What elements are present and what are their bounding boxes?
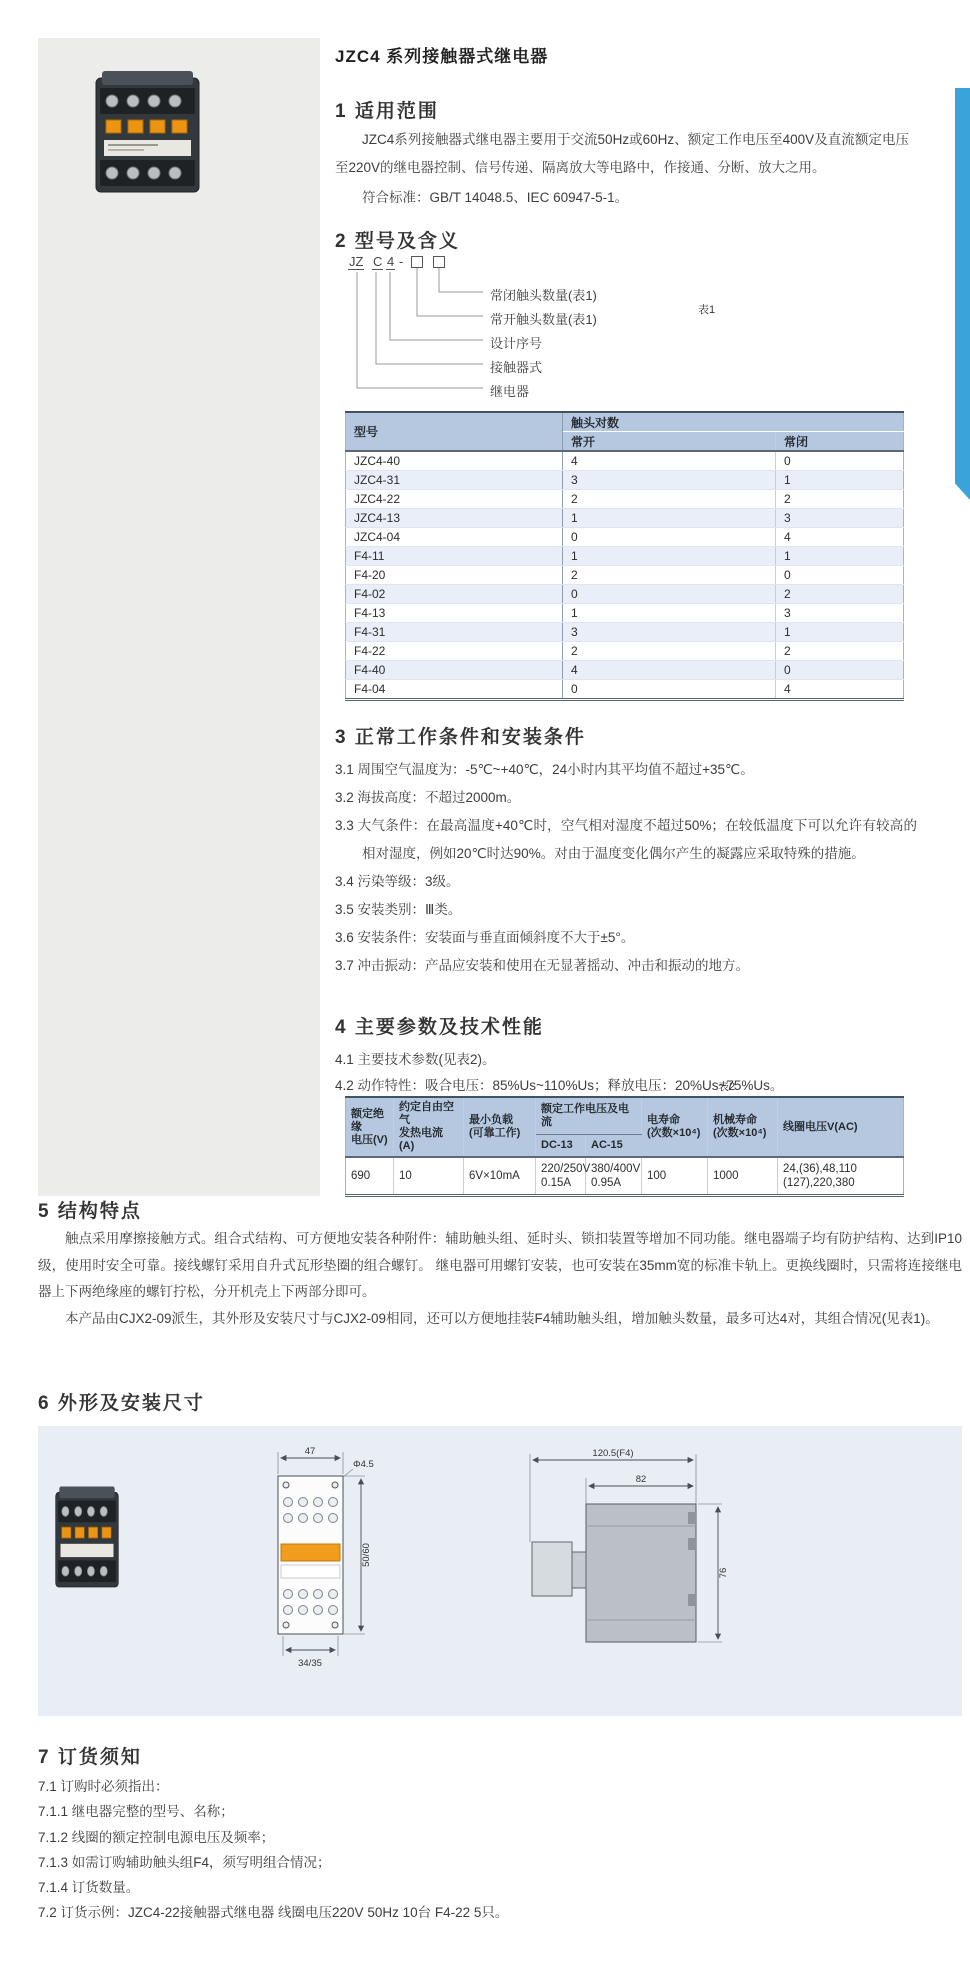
product-photo-small <box>52 1484 122 1592</box>
table-row: JZC4-0404 <box>346 528 904 547</box>
col-header-contact-pairs: 触头对数 <box>563 412 904 432</box>
dim-front-height: 50/60 <box>361 1543 372 1567</box>
table-row: F4-1313 <box>346 604 904 623</box>
table-row: JZC4-2222 <box>346 490 904 509</box>
th-rated-voltage-current: 额定工作电压及电流 <box>536 1097 642 1134</box>
th-ac15: AC-15 <box>586 1134 642 1157</box>
section-6-heading: 6 外形及安装尺寸 <box>38 1388 205 1415</box>
dim-side-total: 120.5(F4) <box>592 1448 633 1459</box>
section-1-paragraph: JZC4系列接触器式继电器主要用于交流50Hz或60Hz、额定工作电压至400V… <box>335 126 909 182</box>
ordering-item: 7.1.2 线圈的额定控制电源电压及频率； <box>38 1825 938 1850</box>
parameters-item: 4.1 主要技术参数(见表2)。 <box>335 1046 496 1074</box>
col-header-model: 型号 <box>346 412 563 451</box>
section-1-standards: 符合标准：GB/T 14048.5、IEC 60947-5-1。 <box>335 184 909 212</box>
table-row: F4-4040 <box>346 661 904 680</box>
section-7-heading: 7 订货须知 <box>38 1742 142 1769</box>
ordering-item: 7.1.3 如需订购辅助触头组F4，须写明组合情况； <box>38 1850 938 1875</box>
model-code-diagram: JZ C 4 - 常闭触头数量(表1) 常开触头数量(表1) 设计序号 接触器式… <box>335 252 765 404</box>
th-thermal-current: 约定自由空气发热电流(A) <box>394 1097 464 1157</box>
table-row: JZC4-3131 <box>346 471 904 490</box>
th-min-load: 最小负载(可靠工作) <box>464 1097 536 1157</box>
table-2-tag: 表2 <box>718 1078 735 1094</box>
condition-item: 3.7 冲击振动：产品应安装和使用在无显著摇动、冲击和振动的地方。 <box>335 952 917 980</box>
condition-item: 3.1 周围空气温度为：-5℃~+40℃，24小时内其平均值不超过+35℃。 <box>335 756 917 784</box>
th-coil-voltage: 线圈电压V(AC) <box>778 1097 904 1157</box>
val-coil-voltage: 24,(36),48,110(127),220,380 <box>778 1157 904 1196</box>
dim-side-body: 82 <box>636 1474 647 1485</box>
derivation-paragraph: 本产品由CJX2-09派生，其外形及安装尺寸与CJX2-09相同，还可以方便地挂… <box>38 1306 962 1333</box>
table-row: F4-0202 <box>346 585 904 604</box>
th-mechanical-life: 机械寿命(次数×10⁴) <box>708 1097 778 1157</box>
table-row: F4-3131 <box>346 623 904 642</box>
section-5-heading: 5 结构特点 <box>38 1196 142 1223</box>
ordering-item: 7.1.4 订货数量。 <box>38 1875 938 1900</box>
dim-hole-diameter: Φ4.5 <box>353 1459 374 1470</box>
val-thermal-current: 10 <box>394 1157 464 1196</box>
condition-item: 3.5 安装类别：Ⅲ类。 <box>335 896 917 924</box>
datasheet-page: JZC4 系列接触器式继电器 1 适用范围 JZC4系列接触器式继电器主要用于交… <box>0 0 970 1977</box>
contact-combinations-table: 型号 触头对数 常开 常闭 JZC4-4040 JZC4-3131 JZC4-2… <box>345 411 904 701</box>
model-label-relay: 继电器 <box>490 381 529 400</box>
th-electrical-life: 电寿命(次数×10⁴) <box>642 1097 708 1157</box>
th-insulation-voltage: 额定绝缘电压(V) <box>346 1097 394 1157</box>
col-header-normally-open: 常开 <box>563 432 776 452</box>
section-4-heading: 4 主要参数及技术性能 <box>335 1012 544 1039</box>
table-row: F4-2020 <box>346 566 904 585</box>
section-1-heading: 1 适用范围 <box>335 96 439 123</box>
decorative-ribbon <box>955 88 970 500</box>
section-2-heading: 2 型号及含义 <box>335 226 460 253</box>
model-label-nc-count: 常闭触头数量(表1) <box>490 285 597 304</box>
val-dc13: 220/250V0.15A <box>536 1157 586 1196</box>
dim-front-width: 47 <box>305 1446 316 1457</box>
structure-paragraph: 触点采用摩擦接触方式。组合式结构、可方便地安装各种附件：辅助触头组、延时头、锁扣… <box>38 1226 962 1306</box>
section-3-heading: 3 正常工作条件和安装条件 <box>335 722 586 749</box>
section-5-text: 触点采用摩擦接触方式。组合式结构、可方便地安装各种附件：辅助触头组、延时头、锁扣… <box>38 1226 962 1332</box>
condition-item: 3.4 污染等级：3级。 <box>335 868 917 896</box>
ordering-item: 7.2 订货示例：JZC4-22接触器式继电器 线圈电压220V 50Hz 10… <box>38 1900 938 1925</box>
val-electrical-life: 100 <box>642 1157 708 1196</box>
product-photo <box>90 68 205 198</box>
condition-item: 3.2 海拔高度：不超过2000m。 <box>335 784 917 812</box>
table-row: F4-2222 <box>346 642 904 661</box>
side-view-drawing: 120.5(F4) 82 76 <box>518 1446 738 1666</box>
technical-parameters-table: 额定绝缘电压(V) 约定自由空气发热电流(A) 最小负载(可靠工作) 额定工作电… <box>345 1096 904 1197</box>
val-mechanical-life: 1000 <box>708 1157 778 1196</box>
table-row: F4-1111 <box>346 547 904 566</box>
front-view-drawing: 47 Φ4.5 50/60 34/35 <box>243 1444 383 1684</box>
table-row: JZC4-1313 <box>346 509 904 528</box>
th-dc13: DC-13 <box>536 1134 586 1157</box>
ordering-item: 7.1.1 继电器完整的型号、名称； <box>38 1799 938 1824</box>
page-title: JZC4 系列接触器式继电器 <box>335 42 548 67</box>
model-label-no-count: 常开触头数量(表1) <box>490 309 597 328</box>
ordering-items: 7.1 订购时必须指出： 7.1.1 继电器完整的型号、名称； 7.1.2 线圈… <box>38 1774 938 1926</box>
dim-side-height: 76 <box>718 1568 729 1579</box>
val-ac15: 380/400V0.95A <box>586 1157 642 1196</box>
dimension-drawings-panel: 47 Φ4.5 50/60 34/35 <box>38 1426 962 1716</box>
product-photo-panel <box>38 38 320 1196</box>
condition-item: 3.3 大气条件：在最高温度+40℃时，空气相对湿度不超过50%；在较低温度下可… <box>335 812 917 868</box>
col-header-normally-closed: 常闭 <box>776 432 904 452</box>
model-label-contactor-type: 接触器式 <box>490 357 542 376</box>
section-3-items: 3.1 周围空气温度为：-5℃~+40℃，24小时内其平均值不超过+35℃。 3… <box>335 756 917 980</box>
val-min-load: 6V×10mA <box>464 1157 536 1196</box>
condition-item: 3.6 安装条件：安装面与垂直面倾斜度不大于±5°。 <box>335 924 917 952</box>
model-label-design-no: 设计序号 <box>490 333 542 352</box>
ordering-item: 7.1 订购时必须指出： <box>38 1774 938 1799</box>
table-row: 690 10 6V×10mA 220/250V0.15A 380/400V0.9… <box>346 1157 904 1196</box>
model-connector-lines <box>335 252 765 404</box>
table-1-tag: 表1 <box>698 301 715 317</box>
table-row: JZC4-4040 <box>346 451 904 471</box>
val-insulation-voltage: 690 <box>346 1157 394 1196</box>
table-row: F4-0404 <box>346 680 904 700</box>
dim-front-base: 34/35 <box>298 1658 322 1669</box>
